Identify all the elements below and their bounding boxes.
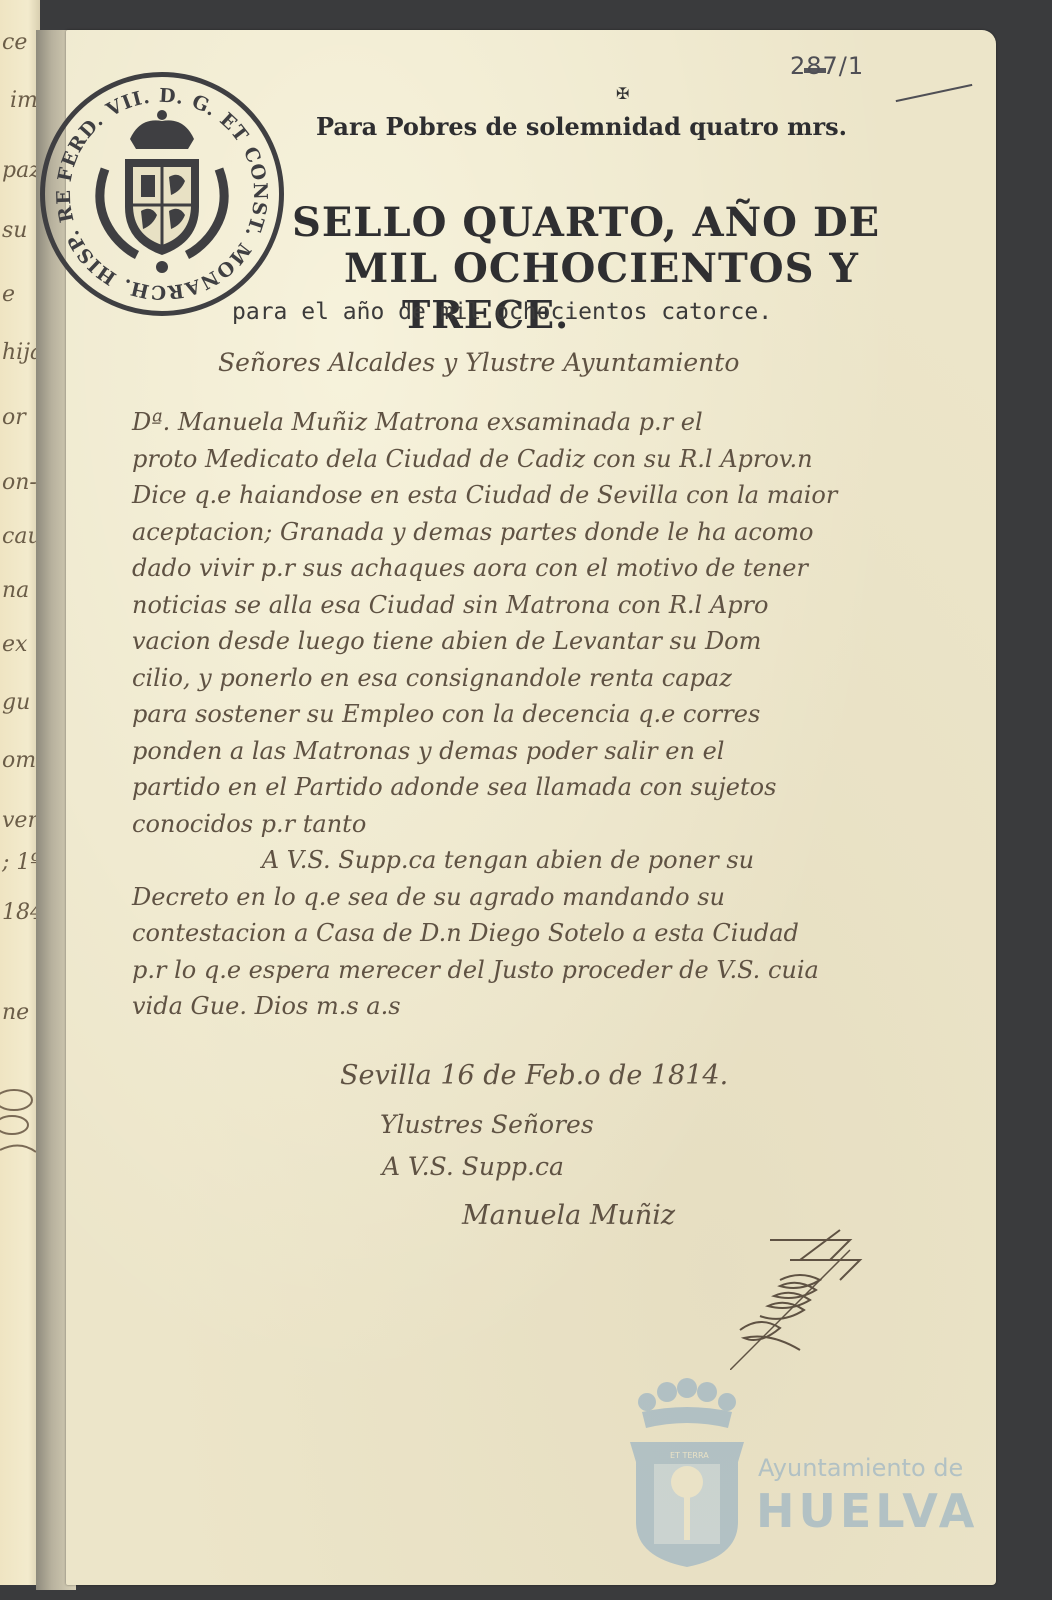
body-line: noticias se alla esa Ciudad sin Matrona …: [132, 587, 837, 624]
body-line: contestacion a Casa de D.n Diego Sotelo …: [132, 915, 837, 952]
body-line: Dª. Manuela Muñiz Matrona exsaminada p.r…: [132, 404, 837, 441]
petition-body: Dª. Manuela Muñiz Matrona exsaminada p.r…: [132, 404, 837, 1025]
left-fragment: cau: [2, 524, 40, 549]
body-line: Dice q.e haiandose en esta Ciudad de Sev…: [132, 477, 837, 514]
body-line: para sostener su Empleo con la decencia …: [132, 696, 837, 733]
date-line: Sevilla 16 de Feb.o de 1814.: [340, 1060, 728, 1091]
left-fragment: hija: [2, 340, 40, 365]
watermark-line-2: HUELVA: [756, 1484, 978, 1538]
left-fragment: vem: [2, 808, 40, 833]
watermark-line-1: Ayuntamiento de: [758, 1454, 963, 1482]
left-fragment: pazo: [2, 158, 40, 183]
stamp-tax-line: Para Pobres de solemnidad quatro mrs.: [316, 112, 847, 141]
body-line: conocidos p.r tanto: [132, 806, 837, 843]
left-fragment: ex: [2, 632, 27, 657]
stamp-title-line-1: SELLO QUARTO, AÑO DE: [292, 200, 932, 246]
left-fragment: su: [2, 218, 27, 243]
left-fragment: or: [2, 405, 26, 430]
body-line: cilio, y ponerlo en esa consignandole re…: [132, 660, 837, 697]
huelva-watermark: ET TERRA Ayuntamiento de HUELVA: [622, 1372, 1042, 1572]
left-fragment: om: [2, 748, 36, 773]
flourish-icon: [0, 1070, 40, 1190]
body-line: A V.S. Supp.ca tengan abien de poner su: [132, 842, 837, 879]
body-line: Decreto en lo q.e sea de su agrado manda…: [132, 879, 837, 916]
left-fragment: gu: [2, 690, 30, 715]
closing-supplication: A V.S. Supp.ca: [382, 1152, 564, 1181]
body-line: proto Medicato dela Ciudad de Cadiz con …: [132, 441, 837, 478]
left-fragment: on-: [2, 470, 37, 495]
left-fragment: 184: [2, 900, 40, 925]
adjacent-page-edge: ce im pazo su e hija or on- cau na ex gu…: [0, 0, 40, 1585]
signature: Manuela Muñiz: [462, 1200, 675, 1231]
closing-address: Ylustres Señores: [380, 1110, 594, 1139]
left-fragment: ne: [2, 1000, 29, 1025]
body-line: dado vivir p.r sus achaques aora con el …: [132, 550, 837, 587]
body-line: p.r lo q.e espera merecer del Justo proc…: [132, 952, 837, 989]
salutation: Señores Alcaldes y Ylustre Ayuntamiento: [218, 348, 739, 377]
body-line: ponden a las Matronas y demas poder sali…: [132, 733, 837, 770]
archive-number: 287/1: [790, 52, 864, 80]
left-fragment: na: [2, 578, 29, 603]
body-line: partido en el Partido adonde sea llamada…: [132, 769, 837, 806]
body-line: aceptacion; Granada y demas partes donde…: [132, 514, 837, 551]
body-line: vida Gue. Dios m.s a.s: [132, 988, 837, 1025]
cross-icon: ✠: [616, 84, 629, 103]
rubric-flourish-icon: [730, 1220, 870, 1370]
body-line: vacion desde luego tiene abien de Levant…: [132, 623, 837, 660]
royal-seal: FERD. VII. D. G. ET CONST. MONARCH. HISP…: [40, 72, 284, 316]
left-fragment: ce: [2, 30, 27, 55]
left-fragment: ; 1º: [2, 850, 40, 875]
left-fragment: im: [10, 88, 38, 113]
huelva-coat-of-arms-icon: ET TERRA: [622, 1372, 752, 1572]
left-fragment: e: [2, 282, 15, 307]
stamp-validity-line: para el año de mil ochocientos catorce.: [232, 299, 772, 325]
coat-of-arms-icon: FERD. VII. D. G. ET CONST. MONARCH. HISP…: [45, 77, 279, 311]
stamp-title-line-2: MIL OCHOCIENTOS Y: [292, 246, 932, 292]
shield-motto: ET TERRA: [670, 1451, 709, 1460]
